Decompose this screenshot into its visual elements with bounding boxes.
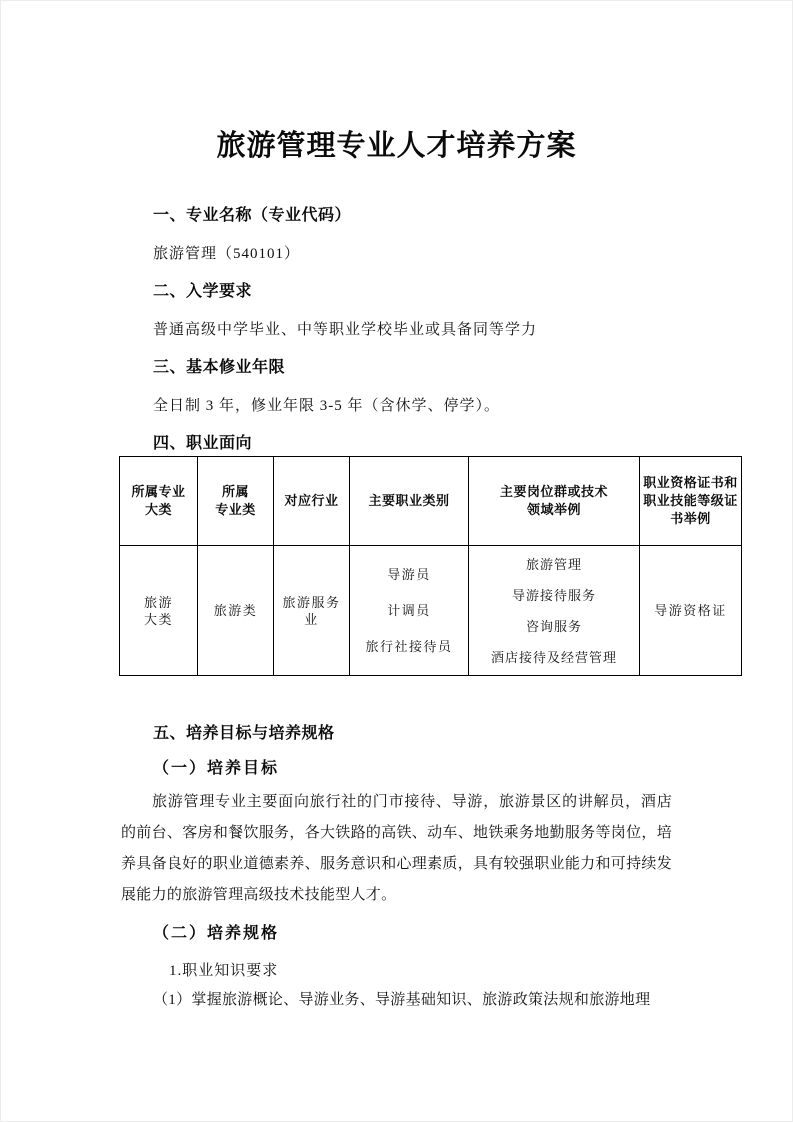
cell-certificates: 导游资格证 bbox=[640, 546, 742, 676]
column-header-major-class: 所属 专业类 bbox=[198, 457, 274, 546]
column-header-post-group: 主要岗位群或技术 领域举例 bbox=[469, 457, 640, 546]
column-header-occupation-type: 主要职业类别 bbox=[350, 457, 469, 546]
cell-major-class: 旅游类 bbox=[198, 546, 274, 676]
section2-body: 普通高级中学毕业、中等职业学校毕业或具备同等学力 bbox=[121, 318, 672, 342]
document-title: 旅游管理专业人才培养方案 bbox=[121, 129, 672, 163]
table-row: 旅游 大类 旅游类 旅游服务业 导游员 计调员 旅行社接待员 旅游管理 导游接待… bbox=[120, 546, 742, 676]
section3-body: 全日制 3 年，修业年限 3-5 年（含休学、停学）。 bbox=[121, 394, 672, 418]
knowledge-requirements-point1: （1）掌握旅游概论、导游业务、导游基础知识、旅游政策法规和旅游地理 bbox=[121, 988, 672, 1012]
section4-heading: 四、职业面向 bbox=[121, 432, 672, 456]
section2-heading: 二、入学要求 bbox=[121, 280, 672, 304]
section3-heading: 三、基本修业年限 bbox=[121, 356, 672, 380]
cell-industry: 旅游服务业 bbox=[274, 546, 350, 676]
section5-heading: 五、培养目标与培养规格 bbox=[121, 722, 672, 746]
cell-occupation-type: 导游员 计调员 旅行社接待员 bbox=[350, 546, 469, 676]
section1-body: 旅游管理（540101） bbox=[121, 242, 672, 266]
career-orientation-table: 所属专业 大类 所属 专业类 对应行业 主要职业类别 主要岗位群或技术 领域举例… bbox=[119, 456, 742, 676]
cell-major-category: 旅游 大类 bbox=[120, 546, 198, 676]
section1-heading: 一、专业名称（专业代码） bbox=[121, 204, 672, 228]
section5-sub1-body: 旅游管理专业主要面向旅行社的门市接待、导游，旅游景区的讲解员，酒店的前台、客房和… bbox=[121, 787, 672, 911]
section5-sub1-heading: （一）培养目标 bbox=[121, 757, 672, 781]
table-header-row: 所属专业 大类 所属 专业类 对应行业 主要职业类别 主要岗位群或技术 领域举例… bbox=[120, 457, 742, 546]
cell-post-group: 旅游管理 导游接待服务 咨询服务 酒店接待及经营管理 bbox=[469, 546, 640, 676]
column-header-certificates: 职业资格证书和 职业技能等级证 书举例 bbox=[640, 457, 742, 546]
section5-sub2-heading: （二）培养规格 bbox=[121, 922, 672, 946]
column-header-industry: 对应行业 bbox=[274, 457, 350, 546]
knowledge-requirements-heading: 1.职业知识要求 bbox=[121, 959, 672, 983]
column-header-major-category: 所属专业 大类 bbox=[120, 457, 198, 546]
document-page: 旅游管理专业人才培养方案 一、专业名称（专业代码） 旅游管理（540101） 二… bbox=[0, 0, 793, 1122]
